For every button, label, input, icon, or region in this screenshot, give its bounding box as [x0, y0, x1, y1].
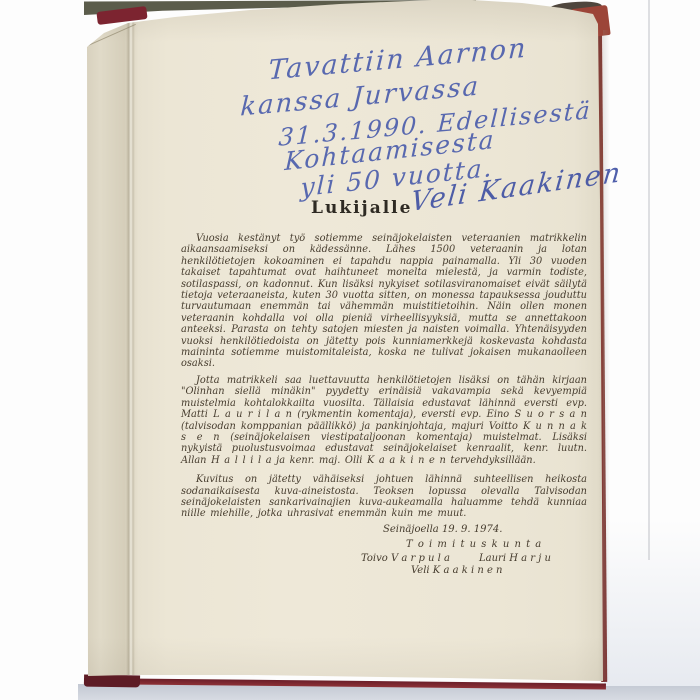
closing-name-right: Lauri H a r j u	[479, 553, 551, 564]
body-paragraph: Kuvitus on jätetty vähäiseksi johtuen lä…	[181, 474, 587, 520]
closing-name-left: Toivo V a r p u l a	[361, 553, 450, 564]
backdrop-shading	[604, 520, 700, 686]
page-right-shadow	[603, 30, 610, 680]
closing-name-bottom: Veli K a a k i n e n	[411, 565, 503, 576]
backdrop-fold-line	[648, 0, 650, 560]
body-paragraph: Vuosia kestänyt työ sotiemme seinäjokela…	[181, 233, 587, 370]
closing-place-date: Seinäjoella 19. 9. 1974.	[383, 524, 502, 535]
page-heading: Lukijalle	[311, 198, 412, 218]
page-gutter-crease	[126, 18, 135, 676]
body-paragraph: Jotta matrikkeli saa luettavuutta henkil…	[181, 375, 587, 466]
book-cover-corner-bottom-left	[84, 675, 140, 688]
closing-committee: T o i m i t u s k u n t a	[406, 539, 542, 550]
page-body: Vuosia kestänyt työ sotiemme seinäjokela…	[181, 233, 587, 525]
book-photo: Tavattiin Aarnon kanssa Jurvassa 31.3.19…	[0, 0, 700, 700]
